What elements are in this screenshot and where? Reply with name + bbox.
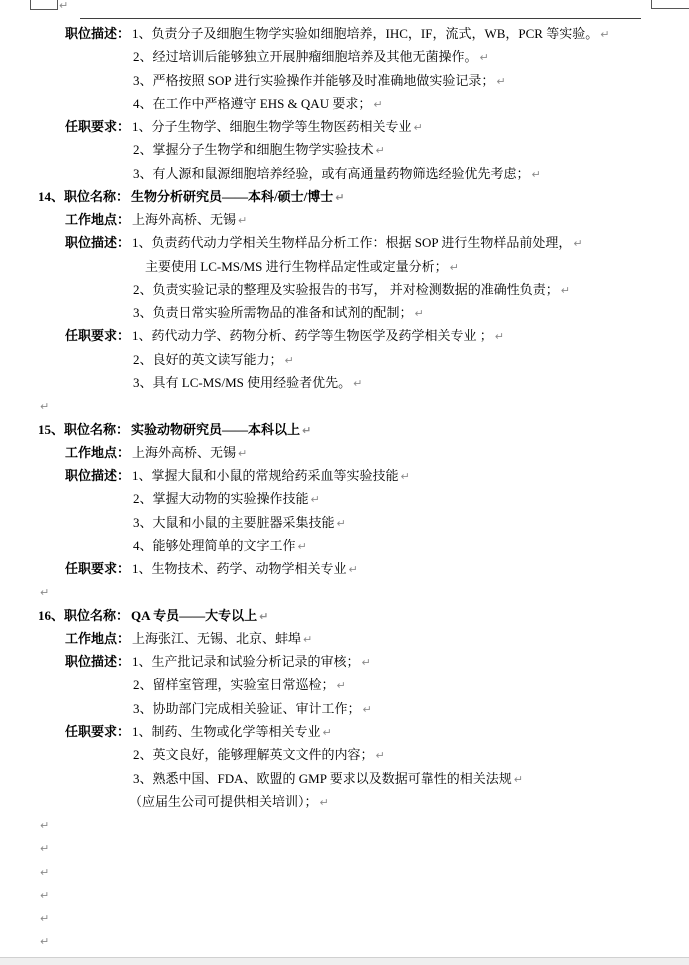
text-line: 2、留样室管理，实验室日常巡检；↵: [0, 673, 689, 696]
paragraph-mark-icon: ↵: [376, 144, 385, 157]
paragraph-mark-icon: ↵: [335, 191, 344, 204]
line-text: 1、负责分子及细胞生物学实验如细胞培养，IHC，IF，流式，WB，PCR 等实验…: [132, 26, 598, 41]
paragraph-mark-icon: ↵: [285, 354, 294, 367]
paragraph-mark-icon: ↵: [40, 935, 49, 948]
line-text: 2、掌握分子生物学和细胞生物学实验技术: [133, 142, 374, 157]
text-line: 任职要求：1、生物技术、药学、动物学相关专业↵: [0, 557, 689, 580]
section-number: 16、: [38, 608, 64, 623]
text-line: 3、大鼠和小鼠的主要脏器采集技能↵: [0, 511, 689, 534]
paragraph-mark-icon: ↵: [40, 586, 49, 599]
line-text: 1、分子生物学、细胞生物学等生物医药相关专业: [132, 119, 412, 134]
field-label: 工作地点：: [65, 631, 130, 646]
text-line: 工作地点：上海外高桥、无锡↵: [0, 208, 689, 231]
text-line: 2、掌握分子生物学和细胞生物学实验技术↵: [0, 138, 689, 161]
text-line: 3、负责日常实验所需物品的准备和试剂的配制；↵: [0, 301, 689, 324]
section-divider-line: [80, 18, 641, 19]
field-label: 职位描述：: [65, 26, 130, 41]
paragraph-mark-icon: ↵: [573, 237, 582, 250]
paragraph-mark-icon: ↵: [238, 214, 247, 227]
field-label: 职位描述：: [65, 654, 130, 669]
paragraph-mark-icon: ↵: [320, 796, 329, 809]
word-page: ↵ 职位描述：1、负责分子及细胞生物学实验如细胞培养，IHC，IF，流式，WB，…: [0, 0, 689, 965]
paragraph-mark-icon: ↵: [415, 307, 424, 320]
paragraph-mark-icon: ↵: [40, 400, 49, 413]
line-text: 1、制药、生物或化学等相关专业: [132, 724, 321, 739]
paragraph-mark-icon: ↵: [561, 284, 570, 297]
field-label: 任职要求：: [65, 561, 130, 576]
paragraph-mark-icon: ↵: [337, 679, 346, 692]
text-line: 职位描述：1、掌握大鼠和小鼠的常规给药采血等实验技能↵: [0, 464, 689, 487]
field-label: 职位名称：: [64, 422, 129, 437]
field-label: 任职要求：: [65, 724, 130, 739]
paragraph-mark-icon: ↵: [450, 261, 459, 274]
cropped-box-top-right: [651, 0, 689, 9]
line-text: 1、药代动力学、药物分析、药学等生物医学及药学相关专业 ；: [132, 328, 493, 343]
paragraph-mark-icon: ↵: [303, 633, 312, 646]
line-text: 2、经过培训后能够独立开展肿瘤细胞培养及其他无菌操作。: [133, 49, 478, 64]
line-text: 3、具有 LC-MS/MS 使用经验者优先。: [133, 375, 351, 390]
text-line: 15、职位名称：实验动物研究员——本科以上↵: [0, 418, 689, 441]
paragraph-mark-icon: ↵: [311, 493, 320, 506]
text-line: 任职要求：1、药代动力学、药物分析、药学等生物医学及药学相关专业 ；↵: [0, 324, 689, 347]
empty-line: ↵: [0, 883, 689, 906]
field-label: 职位描述：: [65, 235, 130, 250]
line-text: 3、协助部门完成相关验证、审计工作；: [133, 701, 361, 716]
text-line: 4、在工作中严格遵守 EHS & QAU 要求；↵: [0, 92, 689, 115]
field-label: 任职要求：: [65, 328, 130, 343]
paragraph-mark-icon: ↵: [59, 0, 68, 12]
empty-line: ↵: [0, 860, 689, 883]
paragraph-mark-icon: ↵: [40, 842, 49, 855]
paragraph-mark-icon: ↵: [40, 819, 49, 832]
empty-line: ↵: [0, 836, 689, 859]
paragraph-mark-icon: ↵: [238, 447, 247, 460]
paragraph-mark-icon: ↵: [353, 377, 362, 390]
text-line: 主要使用 LC-MS/MS 进行生物样品定性或定量分析；↵: [0, 255, 689, 278]
field-label: 职位名称：: [64, 189, 129, 204]
line-text: 2、掌握大动物的实验操作技能: [133, 491, 309, 506]
empty-line: ↵: [0, 929, 689, 952]
paragraph-mark-icon: ↵: [401, 470, 410, 483]
text-line: 工作地点：上海外高桥、无锡↵: [0, 441, 689, 464]
line-text: 1、生产批记录和试验分析记录的审核；: [132, 654, 360, 669]
line-text: （应届生公司可提供相关培训）；: [129, 794, 318, 809]
paragraph-mark-icon: ↵: [323, 726, 332, 739]
paragraph-mark-icon: ↵: [362, 656, 371, 669]
text-line: 16、职位名称：QA 专员——大专以上↵: [0, 604, 689, 627]
line-text: 1、生物技术、药学、动物学相关专业: [132, 561, 347, 576]
text-line: 4、能够处理简单的文字工作↵: [0, 534, 689, 557]
paragraph-mark-icon: ↵: [376, 749, 385, 762]
paragraph-mark-icon: ↵: [40, 866, 49, 879]
text-line: 职位描述：1、生产批记录和试验分析记录的审核；↵: [0, 650, 689, 673]
text-line: 3、严格按照 SOP 进行实验操作并能够及时准确地做实验记录；↵: [0, 69, 689, 92]
field-label: 职位描述：: [65, 468, 130, 483]
line-text: 4、在工作中严格遵守 EHS & QAU 要求；: [133, 96, 371, 111]
empty-line: ↵: [0, 813, 689, 836]
job-title: 实验动物研究员——本科以上: [131, 422, 300, 437]
text-line: 3、具有 LC-MS/MS 使用经验者优先。↵: [0, 371, 689, 394]
line-text: 上海外高桥、无锡: [132, 445, 236, 460]
line-text: 1、负责药代动力学相关生物样品分析工作：根据 SOP 进行生物样品前处理，: [132, 235, 571, 250]
paragraph-mark-icon: ↵: [532, 168, 541, 181]
section-number: 15、: [38, 422, 64, 437]
paragraph-mark-icon: ↵: [337, 517, 346, 530]
line-text: 主要使用 LC-MS/MS 进行生物样品定性或定量分析；: [145, 259, 448, 274]
paragraph-mark-icon: ↵: [480, 51, 489, 64]
line-text: 2、英文良好，能够理解英文文件的内容；: [133, 747, 374, 762]
text-line: 3、协助部门完成相关验证、审计工作；↵: [0, 697, 689, 720]
line-text: 3、严格按照 SOP 进行实验操作并能够及时准确地做实验记录；: [133, 73, 494, 88]
field-label: 职位名称：: [64, 608, 129, 623]
line-text: 2、留样室管理，实验室日常巡检；: [133, 677, 335, 692]
line-text: 3、有人源和鼠源细胞培养经验，或有高通量药物筛选经验优先考虑；: [133, 166, 530, 181]
paragraph-mark-icon: ↵: [373, 98, 382, 111]
line-text: 2、良好的英文读写能力；: [133, 352, 283, 367]
paragraph-mark-icon: ↵: [40, 912, 49, 925]
paragraph-mark-icon: ↵: [495, 330, 504, 343]
job-title: QA 专员——大专以上: [131, 608, 257, 623]
text-line: 3、有人源和鼠源细胞培养经验，或有高通量药物筛选经验优先考虑；↵: [0, 162, 689, 185]
line-text: 1、掌握大鼠和小鼠的常规给药采血等实验技能: [132, 468, 399, 483]
section-number: 14、: [38, 189, 64, 204]
line-text: 3、大鼠和小鼠的主要脏器采集技能: [133, 515, 335, 530]
empty-line: ↵: [0, 394, 689, 417]
paragraph-mark-icon: ↵: [514, 773, 523, 786]
job-title: 生物分析研究员——本科/硕士/博士: [131, 189, 333, 204]
paragraph-mark-icon: ↵: [496, 75, 505, 88]
paragraph-mark-icon: ↵: [349, 563, 358, 576]
text-line: 2、经过培训后能够独立开展肿瘤细胞培养及其他无菌操作。↵: [0, 45, 689, 68]
paragraph-mark-icon: ↵: [259, 610, 268, 623]
empty-line: ↵: [0, 580, 689, 603]
paragraph-mark-icon: ↵: [40, 889, 49, 902]
text-line: 职位描述：1、负责药代动力学相关生物样品分析工作：根据 SOP 进行生物样品前处…: [0, 231, 689, 254]
text-line: 3、熟悉中国、FDA、欧盟的 GMP 要求以及数据可靠性的相关法规↵: [0, 767, 689, 790]
line-text: 3、熟悉中国、FDA、欧盟的 GMP 要求以及数据可靠性的相关法规: [133, 771, 512, 786]
text-line: 任职要求：1、制药、生物或化学等相关专业↵: [0, 720, 689, 743]
text-line: 任职要求：1、分子生物学、细胞生物学等生物医药相关专业↵: [0, 115, 689, 138]
paragraph-mark-icon: ↵: [414, 121, 423, 134]
document-body[interactable]: 职位描述：1、负责分子及细胞生物学实验如细胞培养，IHC，IF，流式，WB，PC…: [0, 22, 689, 953]
line-text: 2、负责实验记录的整理及实验报告的书写， 并对检测数据的准确性负责；: [133, 282, 559, 297]
text-line: 2、负责实验记录的整理及实验报告的书写， 并对检测数据的准确性负责；↵: [0, 278, 689, 301]
line-text: 4、能够处理简单的文字工作: [133, 538, 296, 553]
page-bottom-edge: [0, 957, 689, 965]
text-line: 职位描述：1、负责分子及细胞生物学实验如细胞培养，IHC，IF，流式，WB，PC…: [0, 22, 689, 45]
field-label: 工作地点：: [65, 212, 130, 227]
text-line: 2、掌握大动物的实验操作技能↵: [0, 487, 689, 510]
line-text: 上海外高桥、无锡: [132, 212, 236, 227]
line-text: 上海张江、无锡、北京、蚌埠: [132, 631, 301, 646]
text-line: 2、英文良好，能够理解英文文件的内容；↵: [0, 743, 689, 766]
field-label: 工作地点：: [65, 445, 130, 460]
text-line: 2、良好的英文读写能力；↵: [0, 348, 689, 371]
line-text: 3、负责日常实验所需物品的准备和试剂的配制；: [133, 305, 413, 320]
paragraph-mark-icon: ↵: [298, 540, 307, 553]
text-line: （应届生公司可提供相关培训）；↵: [0, 790, 689, 813]
cropped-box-top-left: [30, 0, 58, 10]
empty-line: ↵: [0, 906, 689, 929]
paragraph-mark-icon: ↵: [600, 28, 609, 41]
paragraph-mark-icon: ↵: [302, 424, 311, 437]
text-line: 工作地点：上海张江、无锡、北京、蚌埠↵: [0, 627, 689, 650]
field-label: 任职要求：: [65, 119, 130, 134]
text-line: 14、职位名称：生物分析研究员——本科/硕士/博士↵: [0, 185, 689, 208]
paragraph-mark-icon: ↵: [363, 703, 372, 716]
